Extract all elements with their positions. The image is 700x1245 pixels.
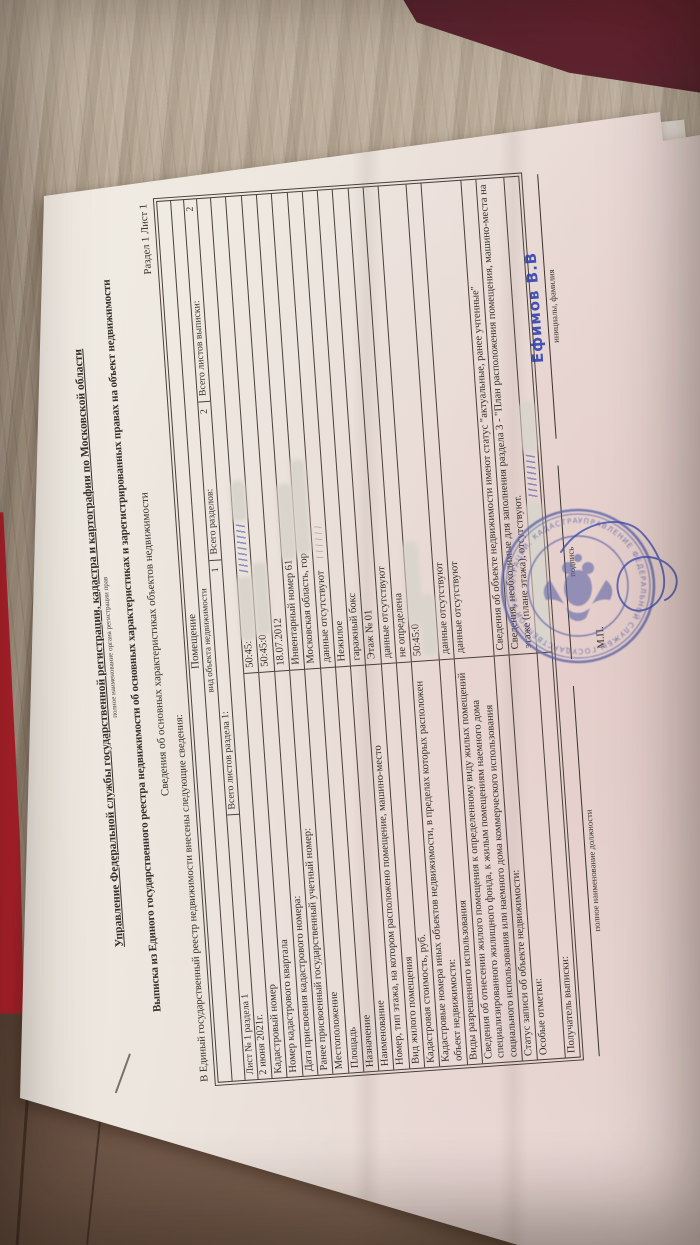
pencil-note-mark [314, 524, 324, 562]
censor-patch [522, 405, 534, 450]
censor-patch [233, 484, 244, 519]
name-caption: Ефимов В.В инициалы, фамилия [537, 173, 568, 438]
position-caption: полное наименование должности [573, 685, 612, 1056]
pen-scribble [236, 523, 249, 576]
censor-patch [406, 545, 420, 621]
handwritten-signature [553, 512, 700, 624]
pen-scribble [525, 454, 537, 501]
censor-patch [422, 598, 435, 652]
section-sheet-label: Раздел 1 Лист 1 [139, 203, 156, 274]
censor-patch [293, 462, 308, 550]
censor-patch [279, 487, 293, 557]
censor-patch [254, 565, 268, 631]
photo-of-egrn-extract: Управление Федеральной службы государств… [0, 0, 700, 1245]
censor-patch [240, 580, 253, 638]
